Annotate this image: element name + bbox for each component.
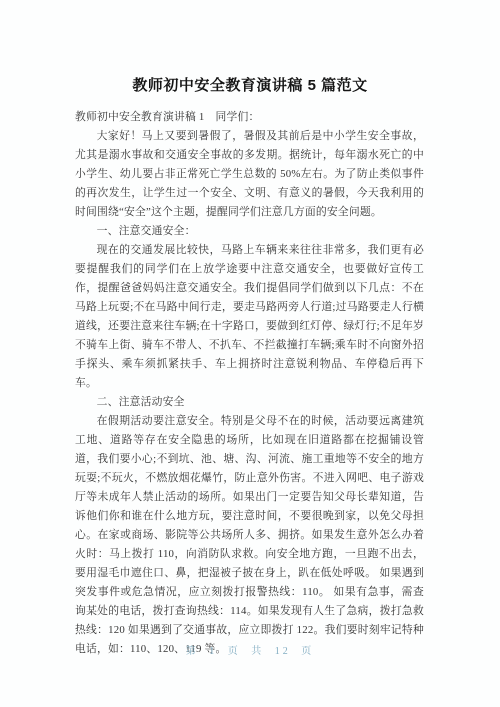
page-number-footer: 第 1 页 共 12 页	[0, 642, 500, 657]
paragraph-activity-safety: 在假期活动要注意安全。特别是父母不在的时候，活动要远离建筑工地、道路等存在安全隐…	[75, 412, 424, 659]
lead-line: 教师初中安全教育演讲稿 1 同学们：	[75, 108, 424, 127]
section-heading-traffic-safety: 一、注意交通安全：	[75, 222, 424, 241]
document-title: 教师初中安全教育演讲稿 5 篇范文	[0, 0, 500, 95]
paragraph-traffic-safety: 现在的交通发展比较快，马路上车辆来来往往非常多，我们更有必要提醒我们的同学们在上…	[75, 241, 424, 393]
section-heading-activity-safety: 二、注意活动安全	[75, 393, 424, 412]
document-page: 教师初中安全教育演讲稿 5 篇范文 教师初中安全教育演讲稿 1 同学们： 大家好…	[0, 0, 500, 707]
paragraph-intro: 大家好！马上又要到暑假了，暑假及其前后是中小学生安全事故，尤其是溺水事故和交通安…	[75, 127, 424, 222]
document-body: 教师初中安全教育演讲稿 1 同学们： 大家好！马上又要到暑假了，暑假及其前后是中…	[0, 108, 500, 659]
